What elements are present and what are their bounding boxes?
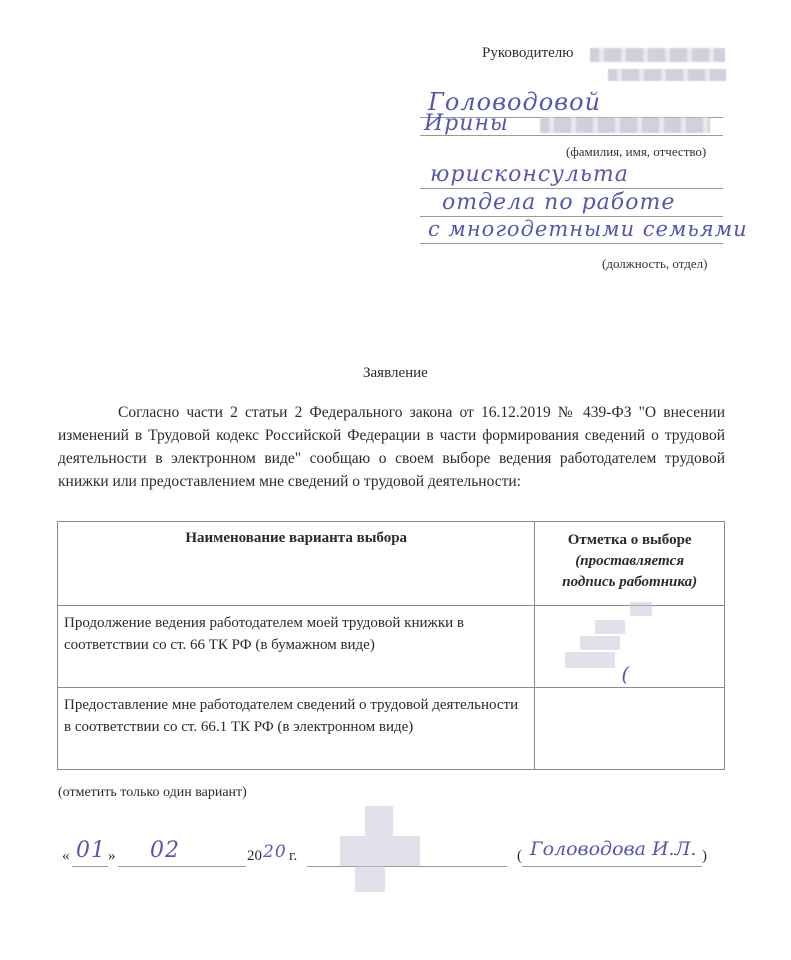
signature-redacted — [595, 620, 625, 634]
signature-redacted — [340, 836, 420, 866]
signature-redacted — [355, 866, 385, 892]
month-underline — [118, 866, 246, 867]
header-mark-line3: подпись работника) — [535, 572, 724, 593]
header-mark-line1: Отметка о выборе — [535, 530, 724, 551]
header-mark: Отметка о выборе (проставляется подпись … — [535, 522, 725, 606]
signature-redacted — [580, 636, 620, 650]
select-one-note: (отметить только один вариант) — [58, 785, 247, 801]
signature-underline — [307, 866, 507, 867]
position-underline-1 — [420, 188, 723, 189]
position-line1: юрисконсульта — [430, 162, 629, 187]
date-year-suffix: 20 — [263, 842, 287, 862]
signature-redacted — [365, 806, 393, 836]
signature-close-paren: ) — [702, 848, 707, 865]
position-caption: (должность, отдел) — [602, 256, 707, 272]
signature-redacted — [630, 602, 652, 616]
name-decoding-underline — [522, 866, 702, 867]
name-caption: (фамилия, имя, отчество) — [566, 144, 706, 160]
addressee-redacted — [590, 48, 725, 62]
name-underline-2 — [420, 135, 723, 136]
mark-cell-paper[interactable]: ( — [535, 606, 725, 688]
mark-cell-electronic[interactable] — [535, 688, 725, 770]
position-underline-3 — [420, 243, 723, 244]
signature-stroke: ( — [621, 662, 630, 686]
date-year-prefix: 20 — [247, 848, 262, 865]
date-day: 01 — [76, 838, 106, 863]
option-paper: Продолжение ведения работодателем моей т… — [58, 606, 535, 688]
statement-body: Согласно части 2 статьи 2 Федерального з… — [58, 401, 725, 493]
option-electronic: Предоставление мне работодателем сведени… — [58, 688, 535, 770]
day-underline — [72, 866, 108, 867]
addressee-name-redacted — [608, 69, 726, 81]
date-close-quote: » — [108, 848, 116, 865]
table-row: Предоставление мне работодателем сведени… — [58, 688, 725, 770]
from-name-line2: Ирины — [424, 111, 509, 136]
date-open-quote: « — [62, 848, 70, 865]
table-row: Продолжение ведения работодателем моей т… — [58, 606, 725, 688]
date-year-unit: г. — [289, 848, 297, 865]
signature-name: Головодова И.Л. — [530, 838, 696, 860]
position-line3: с многодетными семьями — [428, 217, 748, 241]
header-mark-line2: (проставляется — [535, 551, 724, 572]
signature-open-paren: ( — [517, 848, 522, 865]
addressee-label: Руководителю — [482, 45, 573, 62]
date-month: 02 — [150, 838, 180, 863]
choice-table: Наименование варианта выбора Отметка о в… — [57, 521, 725, 770]
header-option: Наименование варианта выбора — [58, 522, 535, 606]
signature-redacted — [565, 652, 615, 668]
document-title: Заявление — [363, 365, 428, 382]
patronymic-redacted — [540, 117, 710, 133]
position-line2: отдела по работе — [442, 190, 675, 215]
table-header-row: Наименование варианта выбора Отметка о в… — [58, 522, 725, 606]
